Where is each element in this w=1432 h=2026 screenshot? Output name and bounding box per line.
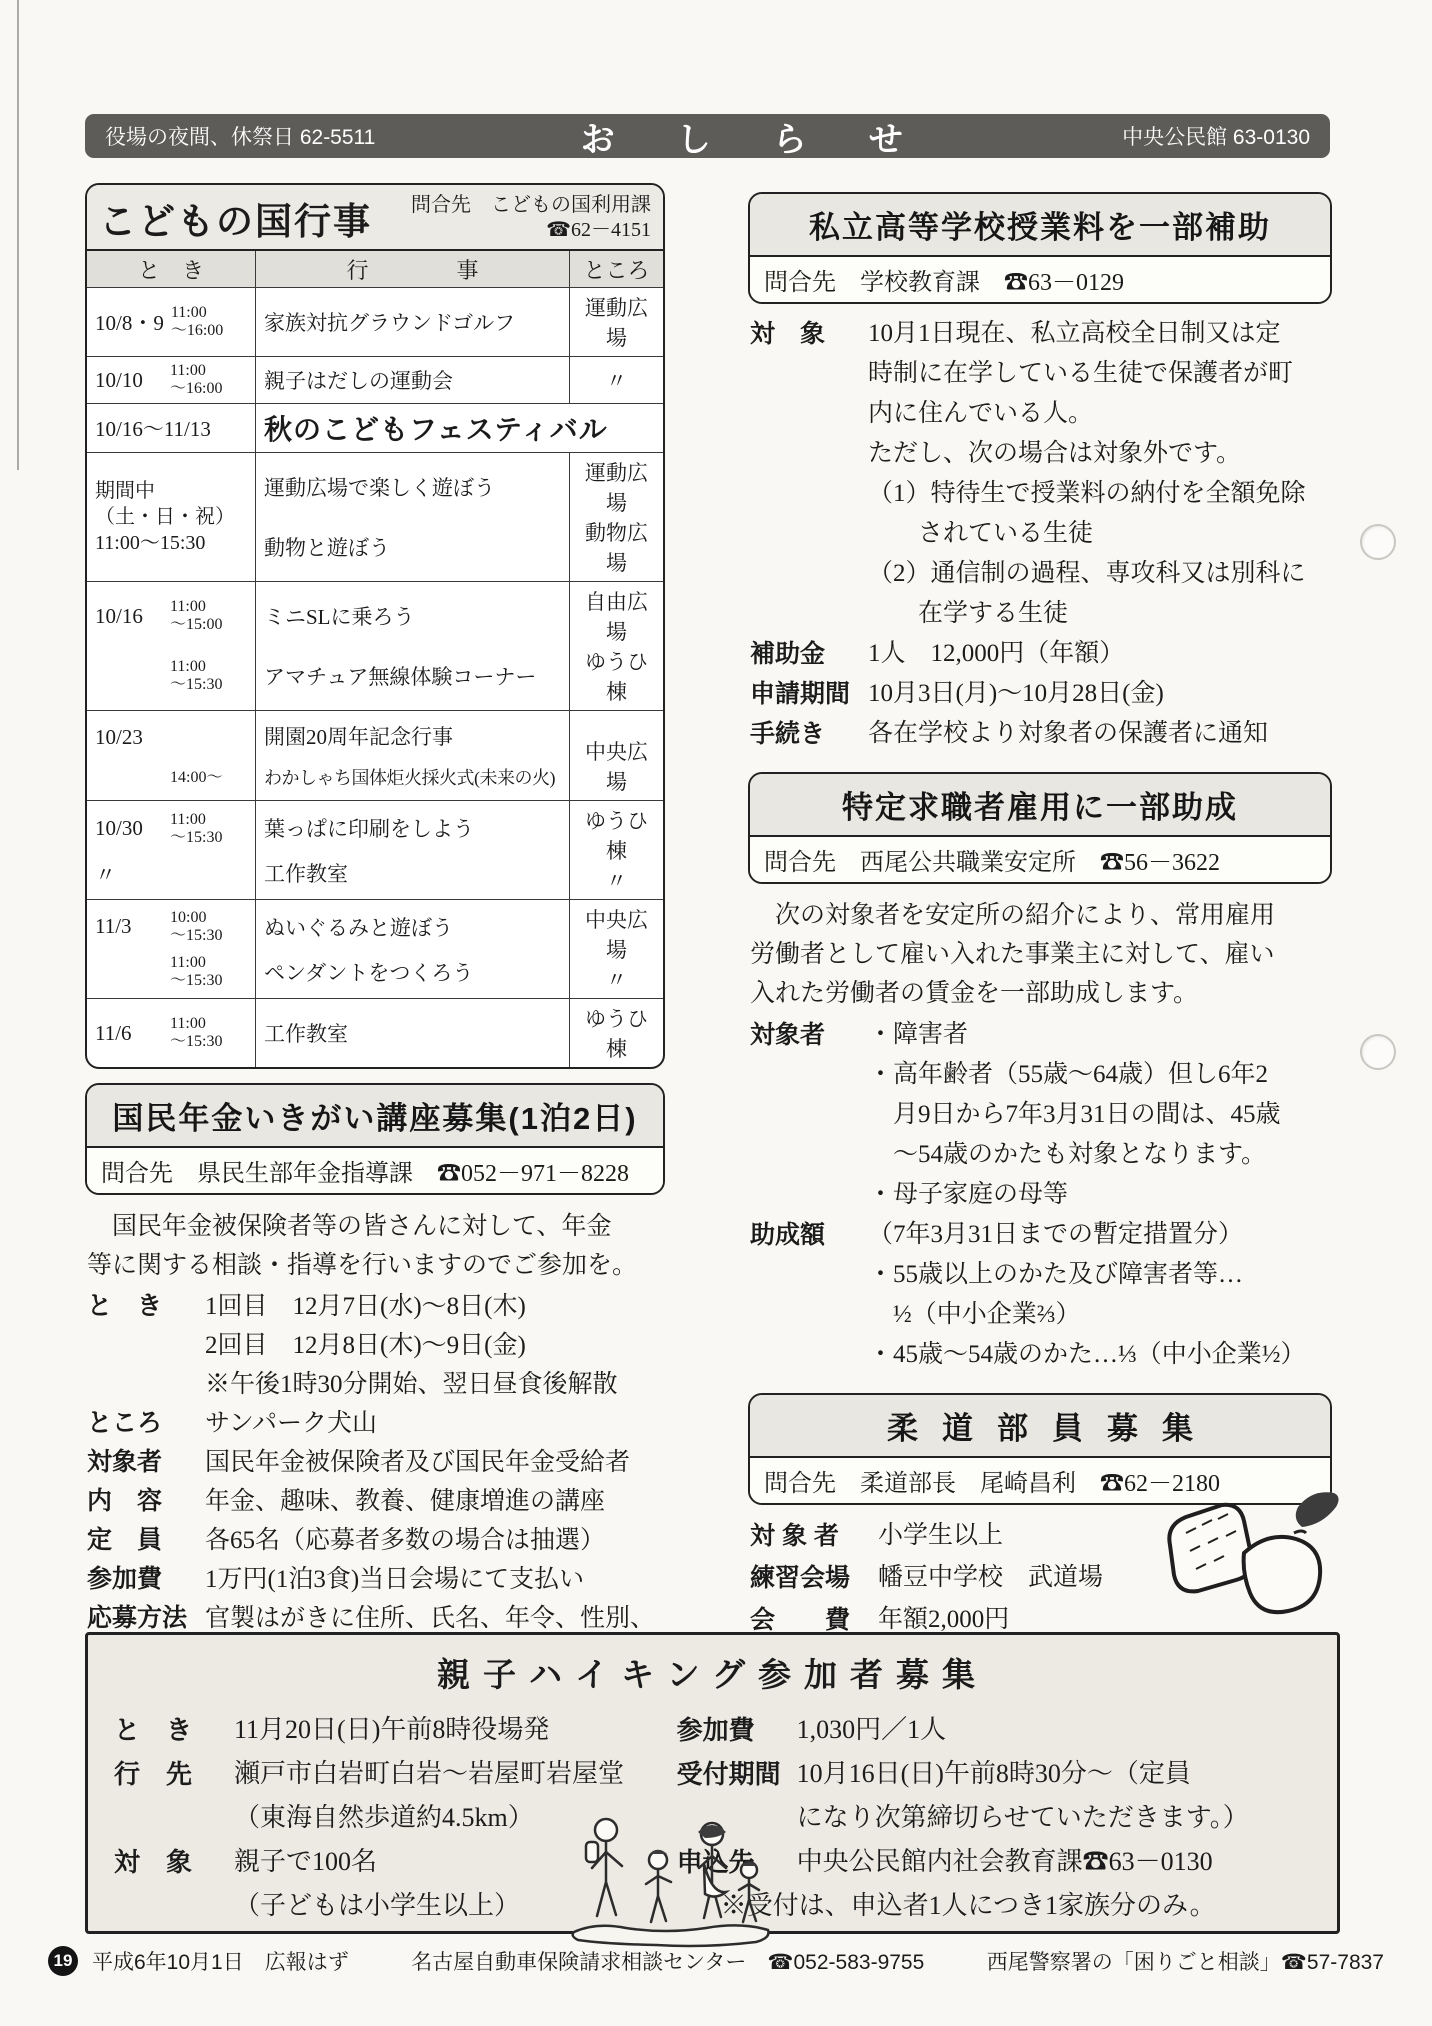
column-header-event: 行 事 <box>255 251 569 287</box>
contact-phone: ☎62－4151 <box>411 218 651 243</box>
section-private-school-subsidy: 私立高等学校授業料を一部補助 問合先 学校教育課 ☎63－0129 <box>748 192 1332 304</box>
field-label: 手続き <box>750 714 868 754</box>
judo-gi-illustration <box>1156 1481 1346 1631</box>
field-label: 対象者 <box>87 1443 205 1482</box>
table-row-festival: 10/16～11/13 秋のこどもフェスティバル <box>87 403 663 452</box>
field-label: 申請期間 <box>750 674 868 714</box>
contact-line: 問合先 県民生部年金指導課 ☎052－971－8228 <box>87 1146 663 1193</box>
footer: 19 平成6年10月1日 広報はず 名古屋自動車保険請求相談センター ☎052-… <box>48 1946 1384 1976</box>
contact-line: 問合先 学校教育課 ☎63－0129 <box>750 255 1330 302</box>
field-value: 10月3日(月)～10月28日(金) <box>868 674 1330 714</box>
field-value: （7年3月31日までの暫定措置分） ・55歳以上のかた及び障害者等… ½（中小企… <box>868 1215 1330 1375</box>
table-row: 10/8・911:00 ～16:00 家族対抗グラウンドゴルフ 運動広場 <box>87 287 663 356</box>
field-value: 各在学校より対象者の保護者に通知 <box>868 714 1330 754</box>
field-label: 対象者 <box>750 1015 868 1215</box>
section-title-row: 柔道部員募集 <box>750 1395 1330 1456</box>
section-title-row: 私立高等学校授業料を一部補助 <box>750 194 1330 255</box>
right-column: 私立高等学校授業料を一部補助 問合先 学校教育課 ☎63－0129 対 象10月… <box>748 192 1332 1687</box>
header-hall-phone: 中央公民館 63-0130 <box>1122 121 1310 151</box>
field-value: 各65名（応募者多数の場合は抽選） <box>205 1521 663 1560</box>
contact-line: 問合先 こどもの国利用課 <box>411 193 651 218</box>
section-title: こどもの国行事 <box>99 191 372 245</box>
table-header-row: と き 行 事 ところ <box>87 251 663 287</box>
field-label: 助成額 <box>750 1215 868 1375</box>
header-office-phone: 役場の夜間、休祭日 62-5511 <box>105 121 375 151</box>
field-label: 定 員 <box>87 1521 205 1560</box>
field-label: 対 象 <box>750 314 868 634</box>
column-header-time: と き <box>87 251 255 287</box>
field-value: 1人 12,000円（年額） <box>868 634 1330 674</box>
field-label: 練習会場 <box>750 1557 878 1599</box>
table-row: 10/1011:00 ～16:00 親子はだしの運動会 〃 <box>87 356 663 403</box>
contact-line: 問合先 西尾公共職業安定所 ☎56－3622 <box>750 835 1330 882</box>
page-title: お し ら せ <box>581 112 917 161</box>
field-label: 対 象 者 <box>750 1515 878 1557</box>
field-value: 10月16日(日)午前8時30分～（定員 になり次第締切らせていただきます。） <box>797 1752 1311 1840</box>
hole-punch-top <box>1360 524 1396 560</box>
section-title-row: こどもの国行事 問合先 こどもの国利用課 ☎62－4151 <box>87 185 663 249</box>
header-bar: 役場の夜間、休祭日 62-5511 お し ら せ 中央公民館 63-0130 <box>85 114 1330 158</box>
footer-issue: 平成6年10月1日 広報はず <box>92 1946 349 1976</box>
footer-police-consult: 西尾警察署の「困りごと相談」☎57-7837 <box>987 1946 1384 1976</box>
field-label: 内 容 <box>87 1482 205 1521</box>
field-label: 補助金 <box>750 634 868 674</box>
newsletter-page: 役場の夜間、休祭日 62-5511 お し ら せ 中央公民館 63-0130 … <box>0 0 1432 2026</box>
field-value: 国民年金被保険者及び国民年金受給者 <box>205 1443 663 1482</box>
field-label: 行 先 <box>114 1752 234 1840</box>
table-row: 期間中 （土・日・祝） 11:00～15:30 運動広場で楽しく遊ぼう 動物と遊… <box>87 452 663 581</box>
section-title: 私立高等学校授業料を一部補助 <box>764 202 1316 247</box>
column-header-place: ところ <box>569 251 663 287</box>
tokutei-body: 次の対象者を安定所の紹介により、常用雇用 労働者として雇い入れた事業主に対して、… <box>748 884 1332 1379</box>
festival-title: 秋のこどもフェスティバル <box>255 404 663 452</box>
field-value: 年金、趣味、教養、健康増進の講座 <box>205 1482 663 1521</box>
left-column: こどもの国行事 問合先 こどもの国利用課 ☎62－4151 と き 行 事 とこ… <box>85 183 665 1837</box>
footer-insurance-center: 名古屋自動車保険請求相談センター ☎052-583-9755 <box>411 1946 924 1976</box>
events-table: と き 行 事 ところ 10/8・911:00 ～16:00 家族対抗グラウンド… <box>87 249 663 1067</box>
contact-block: 問合先 こどもの国利用課 ☎62－4151 <box>411 193 651 245</box>
field-label: 参加費 <box>87 1560 205 1599</box>
hiking-columns: と き11月20日(日)午前8時役場発 行 先瀬戸市白岩町白岩～岩屋町岩屋堂 （… <box>114 1708 1311 1928</box>
section-title-row: 特定求職者雇用に一部助成 <box>750 774 1330 835</box>
section-title-row: 国民年金いきがい講座募集(1泊2日) <box>87 1085 663 1146</box>
hiking-family-illustration <box>566 1804 776 1949</box>
field-value: サンパーク犬山 <box>205 1404 663 1443</box>
scan-edge-artifact <box>17 0 19 470</box>
field-value: 10月1日現在、私立高校全日制又は定 時制に在学している生徒で保護者が町 内に住… <box>868 314 1330 634</box>
field-label: と き <box>87 1287 205 1404</box>
field-label: 参加費 <box>677 1708 797 1752</box>
table-row: 11/310:00 ～15:30 11:00 ～15:30 ぬいぐるみと遊ぼう … <box>87 899 663 998</box>
field-label: と き <box>114 1708 234 1752</box>
page-number-badge: 19 <box>48 1946 78 1976</box>
section-title: 特定求職者雇用に一部助成 <box>764 782 1316 827</box>
field-value: 1,030円／1人 <box>797 1708 1311 1752</box>
section-title: 国民年金いきがい講座募集(1泊2日) <box>101 1093 649 1138</box>
section-title: 親子ハイキング参加者募集 <box>114 1649 1311 1696</box>
section-kodomonokuni-events: こどもの国行事 問合先 こどもの国利用課 ☎62－4151 と き 行 事 とこ… <box>85 183 665 1069</box>
field-value: 1回目 12月7日(水)～8日(木) 2回目 12月8日(木)～9日(金) ※午… <box>205 1287 663 1404</box>
section-employment-subsidy: 特定求職者雇用に一部助成 問合先 西尾公共職業安定所 ☎56－3622 <box>748 772 1332 884</box>
shiritsu-body: 対 象10月1日現在、私立高校全日制又は定 時制に在学している生徒で保護者が町 … <box>748 304 1332 758</box>
table-row: 10/23 14:00～ 開園20周年記念行事 わかしゃち国体炬火採火式(未来の… <box>87 710 663 800</box>
field-value: 1万円(1泊3食)当日会場にて支払い <box>205 1560 663 1599</box>
field-label: ところ <box>87 1404 205 1443</box>
table-row: 10/3011:00 ～15:30 〃 葉っぱに印刷をしよう 工作教室 ゆうひ棟… <box>87 800 663 899</box>
table-row: 10/1611:00 ～15:00 11:00 ～15:30 ミニSLに乗ろう … <box>87 581 663 710</box>
field-value: 11月20日(日)午前8時役場発 <box>234 1708 677 1752</box>
field-value: 中央公民館内社会教育課☎63－0130 <box>797 1840 1311 1884</box>
field-label: 対 象 <box>114 1840 234 1928</box>
intro-paragraph: 次の対象者を安定所の紹介により、常用雇用 労働者として雇い入れた事業主に対して、… <box>750 896 1330 1013</box>
table-row: 11/611:00 ～15:30 工作教室 ゆうひ棟 <box>87 998 663 1067</box>
intro-paragraph: 国民年金被保険者等の皆さんに対して、年金 等に関する相談・指導を行いますのでご参… <box>87 1207 663 1285</box>
section-title: 柔道部員募集 <box>764 1403 1316 1448</box>
section-nenkin-course: 国民年金いきがい講座募集(1泊2日) 問合先 県民生部年金指導課 ☎052－97… <box>85 1083 665 1195</box>
field-value: ・障害者 ・高年齢者（55歳～64歳）但し6年2 月9日から7年3月31日の間は… <box>868 1015 1330 1215</box>
section-hiking-recruitment: 親子ハイキング参加者募集 と き11月20日(日)午前8時役場発 行 先瀬戸市白… <box>85 1632 1340 1934</box>
hole-punch-bottom <box>1360 1034 1396 1070</box>
